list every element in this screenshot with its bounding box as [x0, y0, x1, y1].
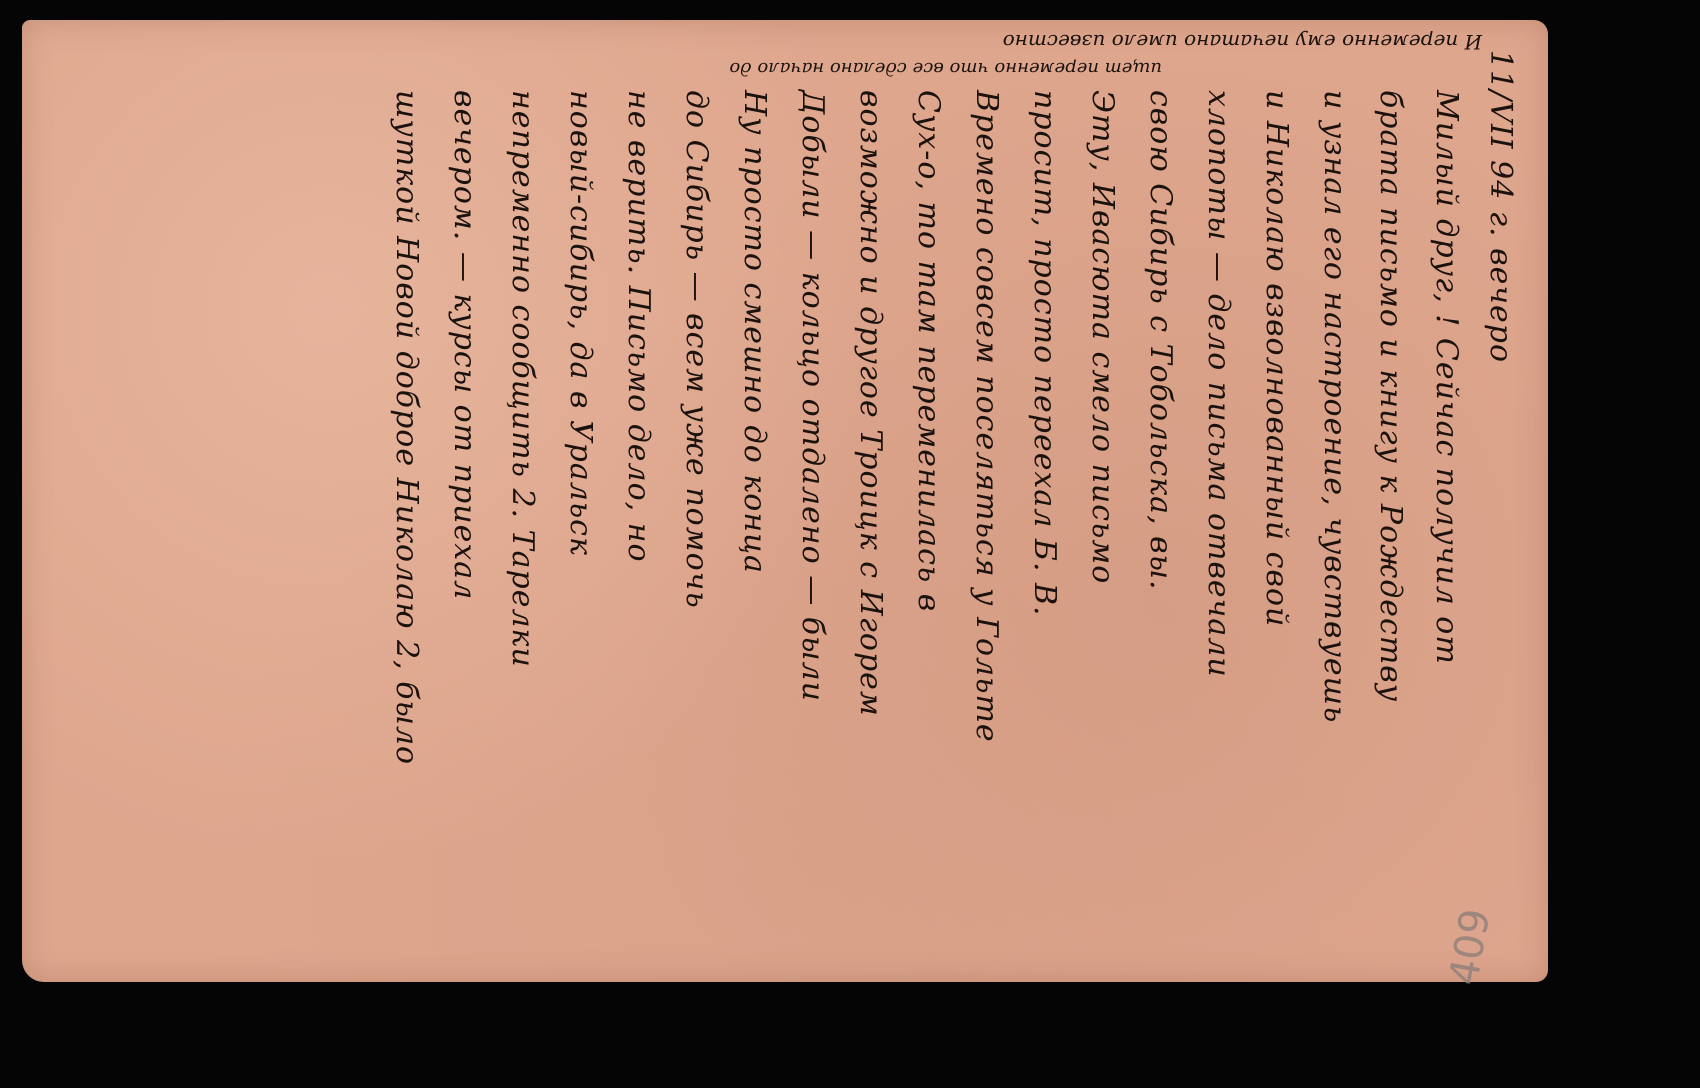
- handwriting-column-5: хлопоты — дело письма отвечали: [1202, 90, 1242, 990]
- handwriting-column-1: Милый друг, ! Сейчас получил от: [1430, 90, 1470, 990]
- handwriting-column-17: непременно сообщить 2. Тарелки: [506, 90, 546, 990]
- handwriting-column-4: и Николаю взволнованный свой: [1260, 90, 1300, 990]
- handwriting-column-9: Времено совсем поселяться у Гольте: [970, 90, 1010, 990]
- handwriting-column-7: Эту, Ивасюта смело письмо: [1086, 90, 1126, 990]
- postcard: И переменно ему печатано имело известно …: [22, 20, 1548, 982]
- handwriting-column-18: вечером. — курсы от приехал: [448, 90, 488, 990]
- handwriting-column-10: Сух-о, то там переменилась в: [912, 90, 952, 990]
- handwriting-column-3: и узнал его настроение, чувствуешь: [1318, 90, 1358, 990]
- inverted-top-line-2: ищет переменно что все сделано начало до: [62, 58, 1162, 79]
- inverted-top-line-1: И переменно ему печатано имело известно: [62, 30, 1482, 54]
- handwriting-column-6: свою Сибирь с Тобольска, вы.: [1144, 90, 1184, 990]
- handwriting-column-8: просит, просто переехал Б. В.: [1028, 90, 1068, 990]
- handwriting-column-13: Ну просто смешно до конца: [738, 90, 778, 990]
- handwriting-column-12: Добыли — кольцо отдалено — были: [796, 90, 836, 990]
- handwriting-column-11: возможно и другое Троицк с Игорем: [854, 90, 894, 990]
- handwriting-column-19: шуткой Новой доброе Николаю 2, было: [390, 90, 430, 990]
- handwriting-column-14: до Сибирь — всем уже помочь: [680, 90, 720, 990]
- handwriting-column-2: брата письмо и книгу к Рождеству: [1374, 90, 1414, 990]
- handwriting-column-15: не верить. Письмо дело, но: [622, 90, 662, 990]
- date-header: 11/VII 94 г. вечеро: [1484, 50, 1524, 950]
- handwriting-column-16: новый-сибирь, да в Уральск: [564, 90, 604, 990]
